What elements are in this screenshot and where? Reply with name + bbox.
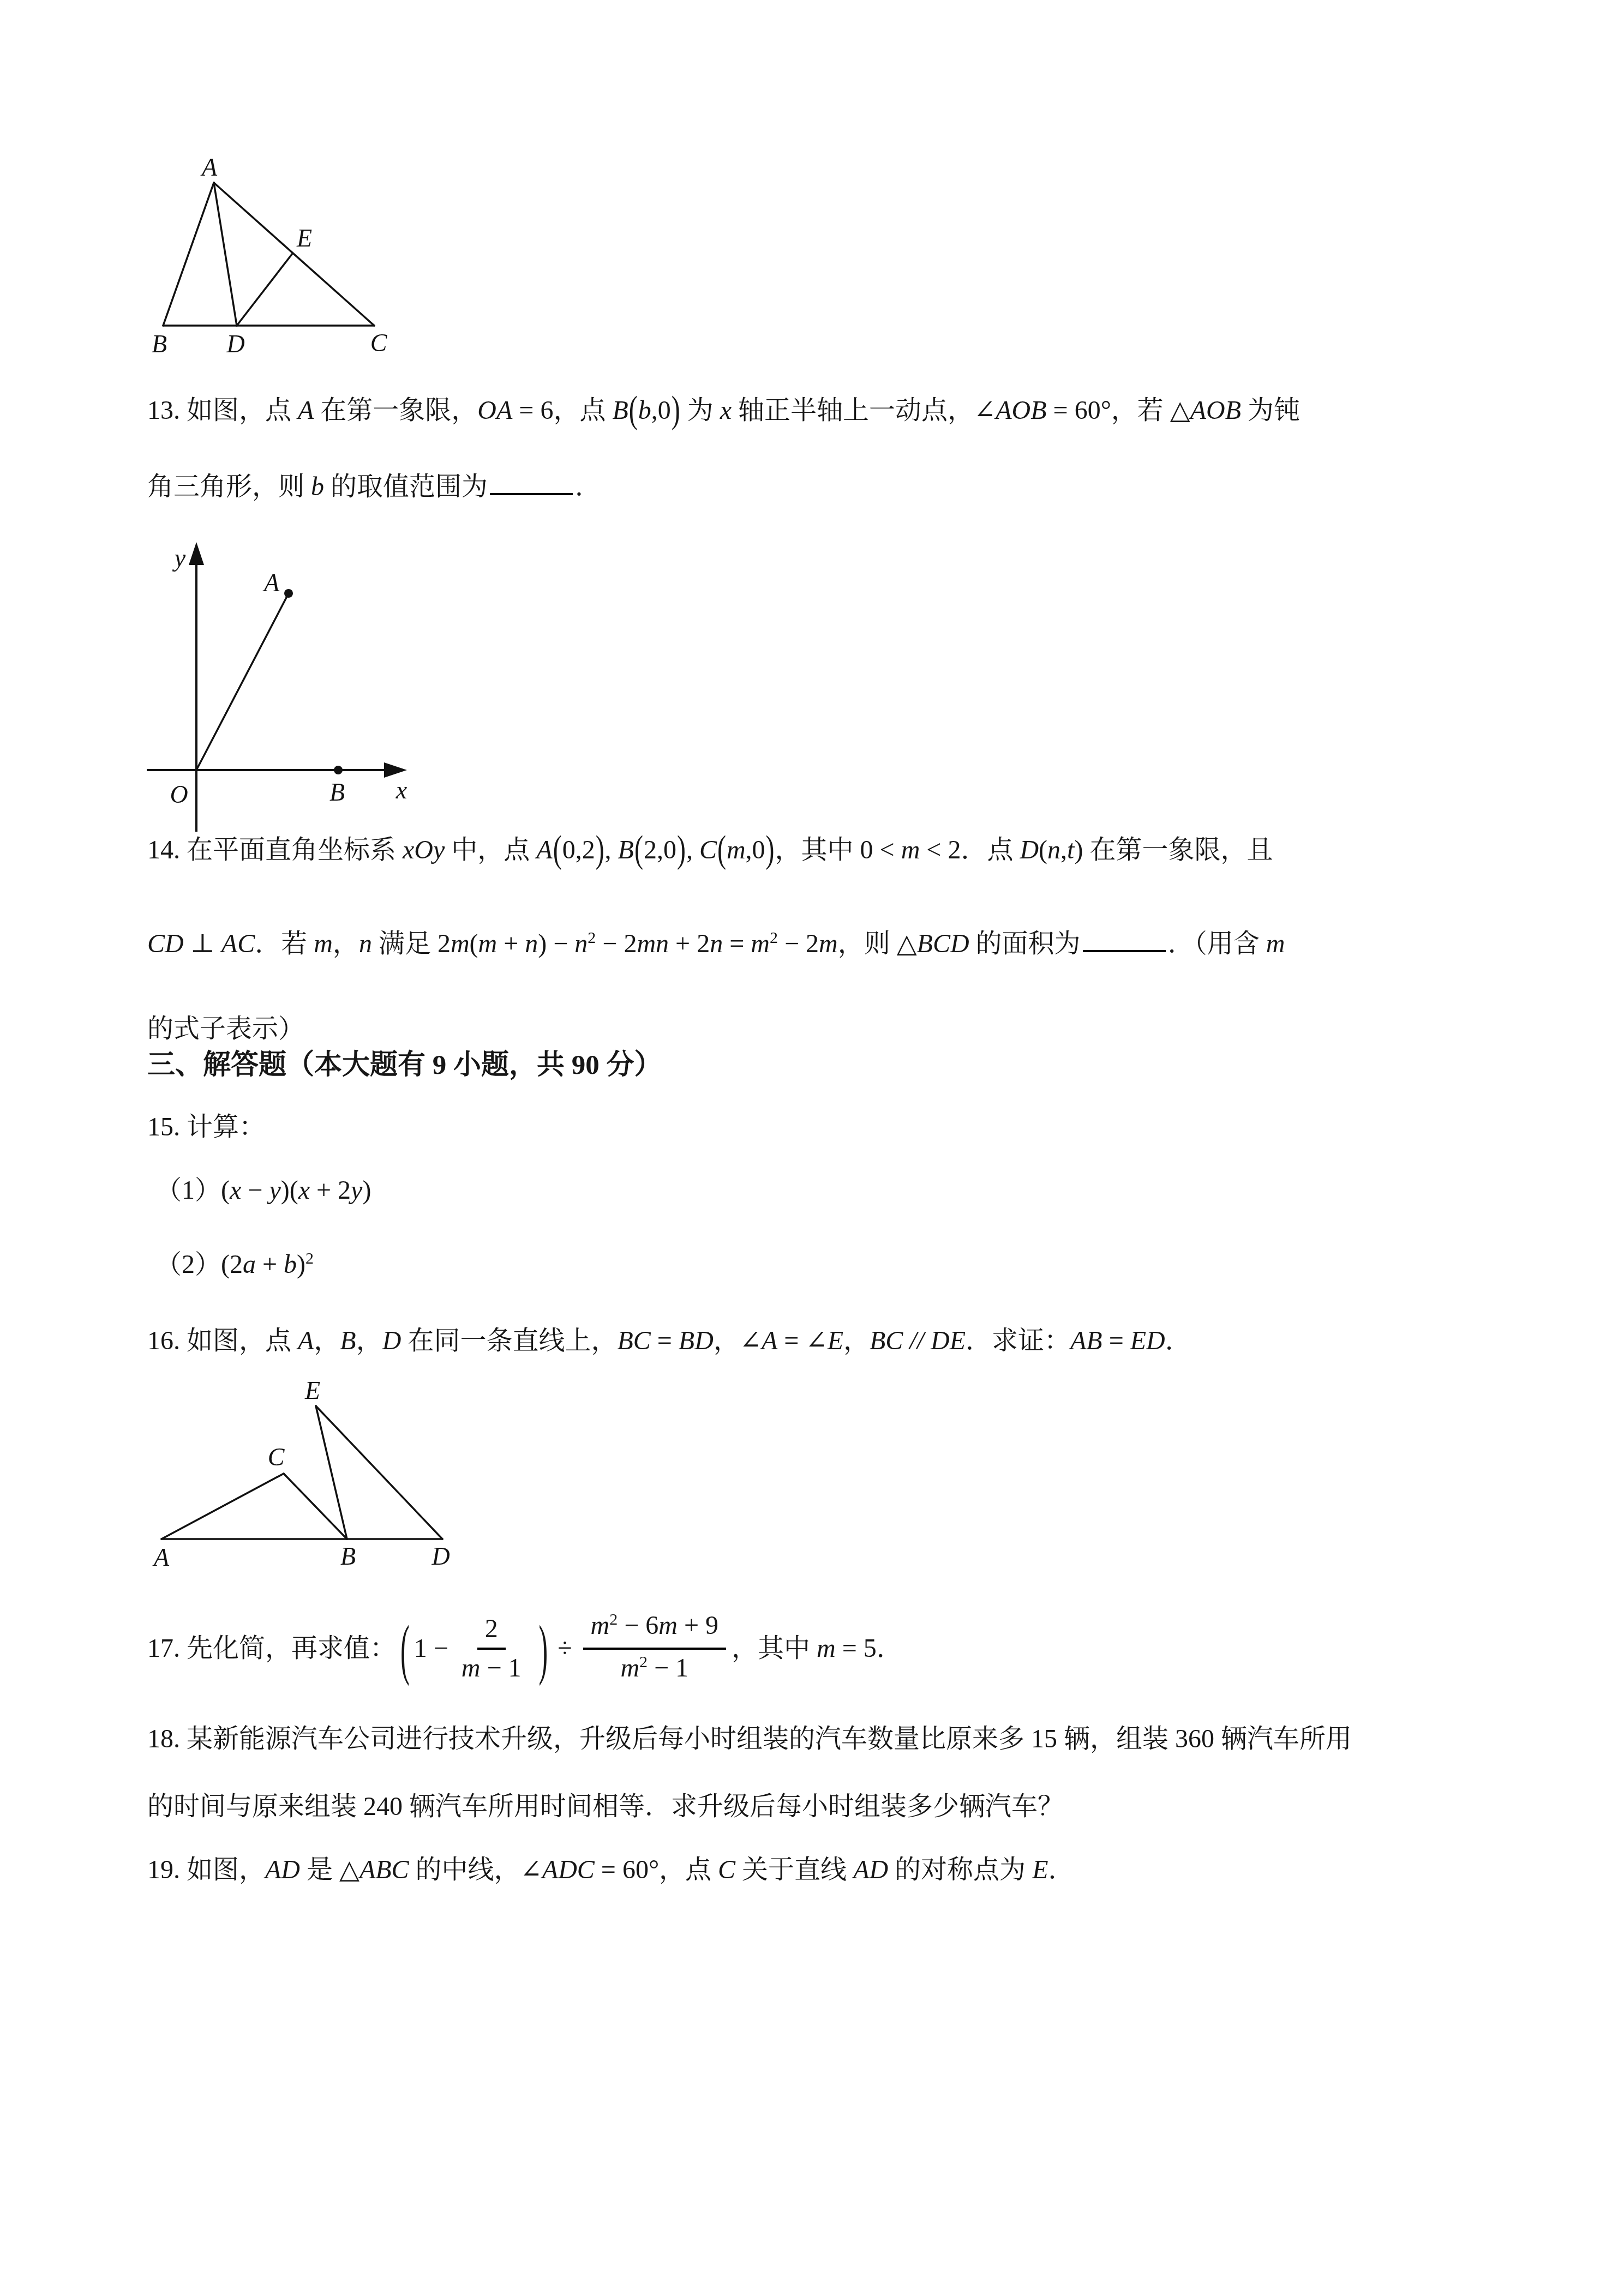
text-segment: 15. 计算：	[147, 1113, 265, 1141]
text-segment: ．	[1048, 1855, 1074, 1884]
text-segment: ,	[605, 836, 618, 864]
point-B-dot	[334, 766, 343, 774]
text-segment: n	[574, 929, 588, 958]
text-segment: m	[451, 929, 470, 958]
text-segment: E	[828, 1326, 843, 1355]
text-segment: =	[723, 929, 751, 958]
text-segment: 16. 如图，点	[147, 1326, 298, 1355]
problem-15-item-2: （2）(2a + b)2	[155, 1248, 314, 1285]
answer-blank	[1083, 943, 1166, 952]
text-segment: − 1	[648, 1654, 688, 1682]
text-segment: AC	[221, 929, 255, 958]
text-segment: =	[651, 1326, 679, 1355]
origin-label-O: O	[170, 780, 188, 808]
text-segment: +	[256, 1250, 284, 1279]
text-segment: n	[1047, 836, 1060, 864]
text-segment: B	[612, 396, 628, 425]
text-segment: y	[351, 1176, 362, 1205]
text-segment: = 60°，若 △	[1047, 396, 1190, 425]
text-segment: 为钝	[1241, 396, 1300, 425]
vertex-label-D: D	[431, 1542, 450, 1570]
text-segment: xOy	[403, 836, 445, 864]
text-segment: m	[1266, 929, 1285, 958]
vertex-label-E: E	[304, 1377, 320, 1404]
text-segment: ．（用含	[1168, 929, 1266, 958]
text-segment: x	[720, 396, 732, 425]
text-segment: )	[297, 1250, 305, 1279]
text-segment: AB	[1070, 1326, 1102, 1355]
text-segment: (	[717, 825, 727, 874]
edge-AC	[214, 183, 374, 326]
text-segment: AOB	[996, 396, 1046, 425]
vertex-label-A: A	[262, 569, 280, 597]
text-segment: CD	[147, 929, 184, 958]
text-segment: m	[727, 836, 746, 864]
one-minus: 1 −	[414, 1632, 448, 1666]
problem-13-line-1: 13. 如图，点 A 在第一象限，OA = 6，点 B(b,0) 为 x 轴正半…	[147, 394, 1300, 428]
text-segment: y	[269, 1176, 280, 1205]
text-segment: (	[470, 929, 478, 958]
text-segment: + 2	[310, 1176, 351, 1205]
text-segment: A	[298, 396, 314, 425]
text-segment: (	[1039, 836, 1047, 864]
problem-15-item-1: （1）(x − y)(x + 2y)	[155, 1174, 371, 1207]
text-segment: E	[1032, 1855, 1048, 1884]
text-segment: = 5．	[836, 1634, 903, 1663]
text-segment: m	[314, 929, 333, 958]
text-segment: − 2	[596, 929, 637, 958]
close-paren: )	[539, 1607, 548, 1690]
text-segment: （1）(	[155, 1176, 230, 1205]
text-segment: 17. 先化简，再求值：	[147, 1634, 396, 1663]
text-segment: OA	[477, 396, 512, 425]
text-segment: m	[817, 1634, 836, 1663]
text-segment: )	[671, 386, 681, 435]
text-segment: =	[1102, 1326, 1130, 1355]
text-segment: 2	[588, 929, 596, 947]
text-segment: ) 在第一象限，且	[1074, 836, 1273, 864]
text-segment: m	[751, 929, 770, 958]
text-segment: 2	[609, 1610, 618, 1628]
text-segment: ，∠	[714, 1326, 762, 1355]
text-segment: n	[710, 929, 723, 958]
text-segment: m	[819, 929, 838, 958]
text-segment: n	[525, 929, 538, 958]
text-segment: (	[628, 386, 638, 435]
problem-14-line-1: 14. 在平面直角坐标系 xOy 中，点 A(0,2), B(2,0), C(m…	[147, 833, 1273, 867]
text-segment: )	[765, 825, 775, 874]
text-segment: BCD	[917, 929, 969, 958]
point-A-dot	[284, 589, 293, 598]
text-segment: m	[901, 836, 920, 864]
vertex-label-D: D	[226, 330, 244, 358]
text-segment: −	[241, 1176, 269, 1205]
text-segment: D	[1020, 836, 1039, 864]
text-segment: A	[536, 836, 552, 864]
problem-19-line: 19. 如图，AD 是 △ABC 的中线，∠ADC = 60°，点 C 关于直线…	[147, 1853, 1074, 1887]
problem-17-head: 17. 先化简，再求值：	[147, 1632, 396, 1666]
fraction-2: m2 − 6m + 9 m2 − 1	[583, 1610, 727, 1687]
text-segment: ED	[1130, 1326, 1165, 1355]
text-segment: m	[591, 1611, 610, 1640]
edge-CB	[284, 1474, 347, 1539]
axis-label-x: x	[395, 776, 408, 804]
text-segment: D	[382, 1326, 401, 1355]
text-segment: a	[243, 1250, 256, 1279]
text-segment: )	[595, 825, 605, 874]
text-segment: ，则 △	[838, 929, 917, 958]
segment-OA	[196, 593, 289, 770]
text-segment: 2	[770, 929, 778, 947]
text-segment: 的面积为	[969, 929, 1081, 958]
text-segment: − 2	[778, 929, 819, 958]
text-segment: B	[340, 1326, 356, 1355]
text-segment: C	[718, 1855, 735, 1884]
problem-15-head: 15. 计算：	[147, 1110, 265, 1144]
text-segment: 2,0	[644, 836, 676, 864]
text-segment: − 6	[618, 1611, 658, 1640]
text-segment: 在同一条直线上，	[401, 1326, 617, 1355]
text-segment: )(	[281, 1176, 298, 1205]
vertex-label-A: A	[152, 1543, 170, 1571]
text-segment: 的时间与原来组装 240 辆汽车所用时间相等．求升级后每小时组装多少辆汽车？	[147, 1792, 1064, 1821]
text-segment: x	[230, 1176, 241, 1205]
fraction-1-numerator: 2	[477, 1614, 506, 1650]
text-segment: （2）(2	[155, 1250, 243, 1279]
text-segment: ，	[333, 929, 359, 958]
text-segment: BC	[617, 1326, 650, 1355]
text-segment: A	[298, 1326, 314, 1355]
text-segment: ．若	[255, 929, 314, 958]
text-segment: ，其中 0 <	[775, 836, 901, 864]
text-segment: 的取值范围为	[324, 472, 488, 501]
text-segment: (	[553, 825, 562, 874]
problem-14-line-3: 的式子表示）	[147, 1012, 304, 1046]
text-segment: )	[676, 825, 686, 874]
text-segment: AD	[265, 1855, 300, 1884]
text-segment: ，	[356, 1326, 382, 1355]
text-segment: b	[638, 396, 651, 425]
text-segment: 2	[305, 1249, 314, 1267]
text-segment: ，其中	[732, 1634, 817, 1663]
text-segment: 是 △	[300, 1855, 359, 1884]
text-segment: n	[359, 929, 372, 958]
figure-p16-triangles: E C A B D	[153, 1383, 458, 1582]
vertex-label-E: E	[296, 224, 312, 252]
text-segment: m	[620, 1654, 639, 1682]
text-segment: mn	[637, 929, 669, 958]
text-segment: BC	[870, 1326, 903, 1355]
text-segment: 的式子表示）	[147, 1014, 304, 1043]
problem-17-tail: ，其中 m = 5．	[732, 1632, 903, 1666]
text-segment: ．求证：	[966, 1326, 1070, 1355]
text-segment: AD	[853, 1855, 888, 1884]
y-axis-arrowhead	[189, 542, 204, 565]
edge-ED	[316, 1406, 442, 1539]
text-segment: ,	[686, 836, 699, 864]
text-segment: 19. 如图，	[147, 1855, 265, 1884]
answer-blank	[490, 486, 573, 495]
fraction-2-denominator: m2 − 1	[613, 1650, 696, 1687]
edge-DE	[237, 254, 292, 326]
text-segment: 轴正半轴上一动点，∠	[732, 396, 996, 425]
text-segment: ABC	[359, 1855, 409, 1884]
text-segment: 18. 某新能源汽车公司进行技术升级，升级后每小时组装的汽车数量比原来多 15 …	[147, 1724, 1352, 1753]
text-segment: ADC	[542, 1855, 595, 1884]
text-segment: 13. 如图，点	[147, 396, 298, 425]
text-segment: ⊥	[184, 929, 221, 958]
vertex-label-B: B	[340, 1542, 356, 1570]
problem-18-line-1: 18. 某新能源汽车公司进行技术升级，升级后每小时组装的汽车数量比原来多 15 …	[147, 1722, 1352, 1756]
text-segment: 关于直线	[735, 1855, 853, 1884]
text-segment: 2	[485, 1614, 498, 1643]
text-segment: 0,2	[562, 836, 595, 864]
text-segment: = 6，点	[512, 396, 612, 425]
text-segment: 在第一象限，	[314, 396, 477, 425]
text-segment: 的对称点为	[888, 1855, 1032, 1884]
text-segment: b	[311, 472, 324, 501]
text-segment: )	[362, 1176, 371, 1205]
edge-AD	[214, 183, 237, 326]
text-segment: x	[298, 1176, 310, 1205]
text-segment: 14. 在平面直角坐标系	[147, 836, 403, 864]
text-segment: BD	[679, 1326, 714, 1355]
figure-triangle-abcde: A E B D C	[147, 158, 404, 360]
text-segment: 为	[681, 396, 720, 425]
text-segment: 角三角形，则	[147, 472, 311, 501]
vertex-label-B: B	[152, 330, 167, 358]
axis-label-y: y	[172, 544, 186, 572]
text-segment: B	[618, 836, 634, 864]
text-segment: ．	[1165, 1326, 1191, 1355]
text-segment: ．	[575, 472, 601, 501]
text-segment: + 2	[669, 929, 710, 958]
section-3-header: 三、解答题（本大题有 9 小题，共 90 分）	[147, 1048, 662, 1082]
vertex-label-C: C	[370, 329, 388, 357]
document-page: A E B D C 13. 如图，点 A 在第一象限，OA = 6，点 B(b,…	[0, 0, 1624, 2296]
vertex-label-A: A	[200, 153, 218, 181]
text-segment: AOB	[1190, 396, 1241, 425]
text-segment: m	[658, 1611, 678, 1640]
text-segment: ) −	[538, 929, 574, 958]
x-axis-arrowhead	[384, 762, 407, 778]
text-segment: 中，点	[445, 836, 536, 864]
text-segment: b	[284, 1250, 297, 1279]
edge-AC	[161, 1474, 284, 1539]
fraction-1-denominator: m − 1	[454, 1650, 529, 1684]
text-segment: (	[634, 825, 644, 874]
problem-17-row: 17. 先化简，再求值： ( 1 − 2 m − 1 ) ÷ m2 − 6m +…	[147, 1602, 903, 1695]
text-segment: 2	[639, 1653, 648, 1671]
text-segment: − 1	[480, 1654, 521, 1682]
text-segment: +	[497, 929, 525, 958]
vertex-label-B: B	[329, 778, 345, 806]
text-segment: ，	[843, 1326, 870, 1355]
text-segment: m	[462, 1654, 481, 1682]
open-paren: (	[400, 1607, 410, 1690]
text-segment: t	[1067, 836, 1074, 864]
text-segment: = ∠	[777, 1326, 827, 1355]
text-segment: + 9	[678, 1611, 718, 1640]
fraction-1: 2 m − 1	[454, 1614, 529, 1684]
problem-18-line-2: 的时间与原来组装 240 辆汽车所用时间相等．求升级后每小时组装多少辆汽车？	[147, 1790, 1064, 1824]
edge-AB	[163, 183, 214, 326]
fraction-2-numerator: m2 − 6m + 9	[583, 1610, 727, 1650]
division-sign: ÷	[558, 1632, 572, 1666]
text-segment: = 60°，点	[595, 1855, 718, 1884]
text-segment: 的中线，∠	[409, 1855, 542, 1884]
text-segment: ，	[314, 1326, 340, 1355]
text-segment: ,0	[651, 396, 671, 425]
text-segment: m	[478, 929, 498, 958]
edge-EB	[316, 1406, 347, 1539]
figure-coordinate-axes: y A O B x	[136, 534, 426, 840]
problem-14-line-2: CD ⊥ AC．若 m，n 满足 2m(m + n) − n2 − 2mn + …	[147, 927, 1285, 964]
text-segment: < 2．点	[920, 836, 1020, 864]
vertex-label-C: C	[268, 1443, 285, 1471]
text-segment: //	[903, 1326, 931, 1355]
text-segment: DE	[931, 1326, 966, 1355]
text-segment: ,	[1060, 836, 1067, 864]
text-segment: C	[699, 836, 717, 864]
text-segment: ,0	[746, 836, 765, 864]
problem-16-line: 16. 如图，点 A，B，D 在同一条直线上，BC = BD，∠A = ∠E，B…	[147, 1324, 1191, 1358]
text-segment: 满足 2	[372, 929, 451, 958]
text-segment: A	[762, 1326, 777, 1355]
problem-13-line-2: 角三角形，则 b 的取值范围为．	[147, 470, 601, 504]
